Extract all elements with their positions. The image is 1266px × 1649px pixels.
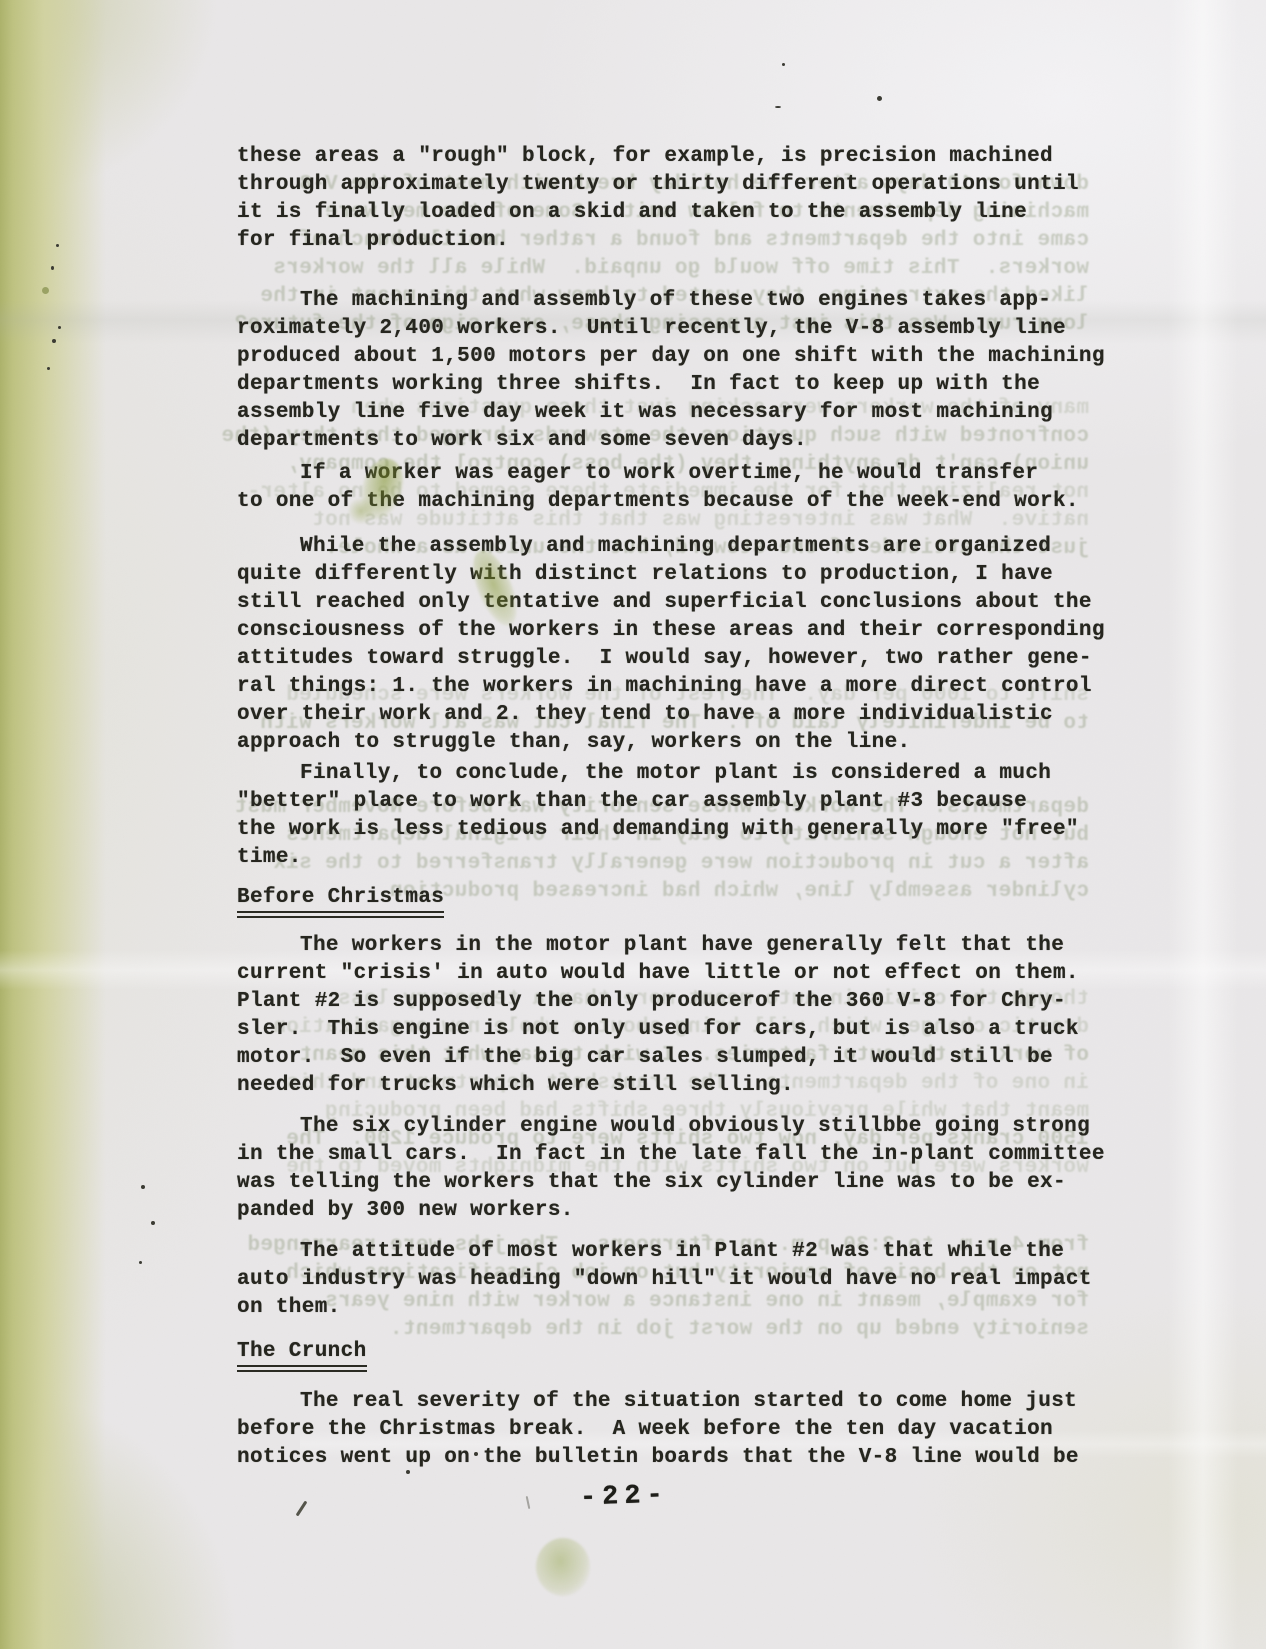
typewritten-line: Plant #2 is supposedly the only producer… xyxy=(237,988,1157,1016)
typewritten-line: these areas a "rough" block, for example… xyxy=(237,143,1157,171)
typewritten-line: ral things: 1. the workers in machining … xyxy=(237,673,1157,701)
ink-speck xyxy=(58,326,61,329)
ink-speck xyxy=(775,106,781,108)
typewritten-paragraph: The six cylinder engine would obviously … xyxy=(237,1113,1157,1225)
typewritten-line: The workers in the motor plant have gene… xyxy=(237,932,1157,960)
typewritten-line: for final production. xyxy=(237,227,1157,255)
typewritten-line: The attitude of most workers in Plant #2… xyxy=(237,1238,1157,1266)
typewritten-line: current "crisis' in auto would have litt… xyxy=(237,960,1157,988)
ink-speck xyxy=(782,63,785,66)
typewritten-line: produced about 1,500 motors per day on o… xyxy=(237,343,1157,371)
typewritten-line: The six cylinder engine would obviously … xyxy=(237,1113,1157,1141)
typewritten-line: in the small cars. In fact in the late f… xyxy=(237,1141,1157,1169)
typewritten-line: While the assembly and machining departm… xyxy=(237,533,1157,561)
ink-speck xyxy=(877,96,882,101)
typewritten-line: assembly line five day week it was neces… xyxy=(237,399,1157,427)
ink-speck xyxy=(47,367,50,370)
ink-speck xyxy=(52,339,56,343)
typewritten-line: departments to work six and some seven d… xyxy=(237,427,1157,455)
typewritten-line: through approximately twenty or thirty d… xyxy=(237,171,1157,199)
ink-speck xyxy=(51,266,54,270)
typewritten-line: needed for trucks which were still selli… xyxy=(237,1072,1157,1100)
typewritten-line: on them. xyxy=(237,1294,1157,1322)
ink-speck xyxy=(406,1470,410,1474)
typewritten-line: notices went up on the bulletin boards t… xyxy=(237,1444,1157,1472)
typewritten-paragraph: these areas a "rough" block, for example… xyxy=(237,143,1157,255)
ink-speck xyxy=(42,287,49,294)
typewritten-line: the work is less tedious and demanding w… xyxy=(237,816,1157,844)
typewritten-paragraph: The machining and assembly of these two … xyxy=(237,287,1157,455)
section-heading: The Crunch xyxy=(237,1338,367,1366)
typewritten-line: auto industry was heading "down hill" it… xyxy=(237,1266,1157,1294)
typewritten-line: departments working three shifts. In fac… xyxy=(237,371,1157,399)
typewritten-paragraph: If a worker was eager to work overtime, … xyxy=(237,460,1157,516)
typewritten-line: consciousness of the workers in these ar… xyxy=(237,617,1157,645)
typewritten-line: was telling the workers that the six cyl… xyxy=(237,1169,1157,1197)
typewritten-line: to one of the machining departments beca… xyxy=(237,488,1157,516)
typewritten-line: The machining and assembly of these two … xyxy=(237,287,1157,315)
typewritten-line: The real severity of the situation start… xyxy=(237,1388,1157,1416)
scanned-document-page: down for 10 days after the holiday break… xyxy=(0,0,1266,1649)
typewritten-paragraph: The attitude of most workers in Plant #2… xyxy=(237,1238,1157,1322)
typewritten-paragraph: The real severity of the situation start… xyxy=(237,1388,1157,1472)
typewritten-text-layer: these areas a "rough" block, for example… xyxy=(0,0,1266,1649)
typewritten-line: still reached only tentative and superfi… xyxy=(237,589,1157,617)
typewritten-line: it is finally loaded on a skid and taken… xyxy=(237,199,1157,227)
typewritten-line: roximately 2,400 workers. Until recently… xyxy=(237,315,1157,343)
ink-speck xyxy=(139,1261,142,1264)
section-heading: Before Christmas xyxy=(237,884,444,912)
typewritten-line: sler. This engine is not only used for c… xyxy=(237,1016,1157,1044)
typewritten-line: time. xyxy=(237,844,1157,872)
typewritten-line: over their work and 2. they tend to have… xyxy=(237,701,1157,729)
typewritten-line: quite differently with distinct relation… xyxy=(237,561,1157,589)
typewritten-line: Finally, to conclude, the motor plant is… xyxy=(237,760,1157,788)
typewritten-paragraph: Finally, to conclude, the motor plant is… xyxy=(237,760,1157,872)
typewritten-line: If a worker was eager to work overtime, … xyxy=(237,460,1157,488)
ink-speck xyxy=(56,244,59,247)
typewritten-line: "better" place to work than the car asse… xyxy=(237,788,1157,816)
typewritten-line: before the Christmas break. A week befor… xyxy=(237,1416,1157,1444)
ink-speck xyxy=(141,1185,145,1189)
typewritten-paragraph: The workers in the motor plant have gene… xyxy=(237,932,1157,1100)
stray-typed-dot xyxy=(474,1452,478,1456)
typewritten-line: approach to struggle than, say, workers … xyxy=(237,729,1157,757)
typewritten-line: panded by 300 new workers. xyxy=(237,1197,1157,1225)
typewritten-paragraph: While the assembly and machining departm… xyxy=(237,533,1157,757)
page-number: -22- xyxy=(580,1480,670,1513)
ink-speck xyxy=(151,1221,155,1225)
typewritten-line: attitudes toward struggle. I would say, … xyxy=(237,645,1157,673)
typewritten-line: motor. So even if the big car sales slum… xyxy=(237,1044,1157,1072)
